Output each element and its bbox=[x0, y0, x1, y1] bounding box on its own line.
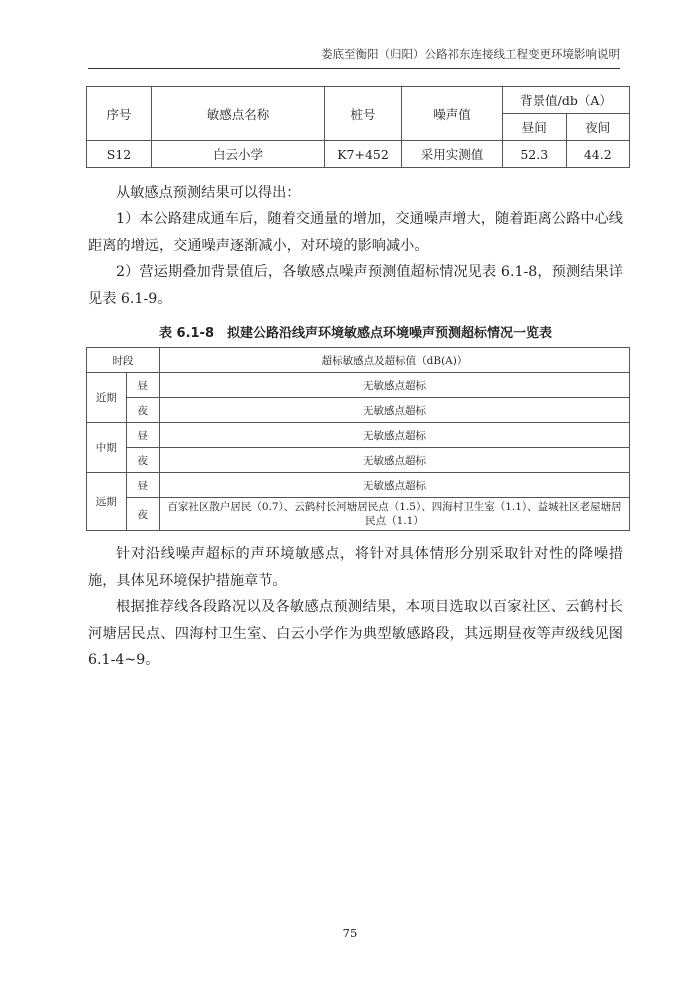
cell-time: 昼 bbox=[126, 423, 159, 448]
col-header-station: 桩号 bbox=[325, 87, 402, 141]
cell-noise: 采用实测值 bbox=[402, 141, 503, 168]
cell-day: 52.3 bbox=[503, 141, 567, 168]
cell-time: 夜 bbox=[126, 498, 159, 531]
period-mid: 中期 bbox=[87, 423, 127, 473]
cell-time: 昼 bbox=[126, 373, 159, 398]
period-near: 近期 bbox=[87, 373, 127, 423]
cell-station: K7+452 bbox=[325, 141, 402, 168]
table-row: S12 白云小学 K7+452 采用实测值 52.3 44.2 bbox=[87, 141, 630, 168]
table-row: 远期 昼 无敏感点超标 bbox=[87, 473, 630, 498]
paragraph-typical-sections: 根据推荐线各段路况以及各敏感点预测结果，本项目选取以百家社区、云鹤村长河塘居民点… bbox=[88, 594, 623, 674]
cell-value: 无敏感点超标 bbox=[160, 448, 630, 473]
cell-value: 无敏感点超标 bbox=[160, 398, 630, 423]
cell-night: 44.2 bbox=[566, 141, 630, 168]
col-header-day: 昼间 bbox=[503, 114, 567, 141]
table-row: 近期 昼 无敏感点超标 bbox=[87, 373, 630, 398]
col-header-exceed: 超标敏感点及超标值（dB(A)） bbox=[160, 348, 630, 373]
cell-time: 昼 bbox=[126, 473, 159, 498]
col-header-no: 序号 bbox=[87, 87, 152, 141]
table-row: 中期 昼 无敏感点超标 bbox=[87, 423, 630, 448]
table-row: 夜 无敏感点超标 bbox=[87, 448, 630, 473]
cell-time: 夜 bbox=[126, 398, 159, 423]
table-caption: 表 6.1-8 拟建公路沿线声环境敏感点环境噪声预测超标情况一览表 bbox=[88, 322, 623, 341]
table-row: 夜 百家社区散户居民（0.7）、云鹤村长河塘居民点（1.5）、四海村卫生室（1.… bbox=[87, 498, 630, 531]
noise-background-table: 序号 敏感点名称 桩号 噪声值 背景值/db（A） 昼间 夜间 S12 白云小学… bbox=[86, 86, 630, 168]
cell-no: S12 bbox=[87, 141, 152, 168]
noise-exceedance-table: 时段 超标敏感点及超标值（dB(A)） 近期 昼 无敏感点超标 夜 无敏感点超标… bbox=[86, 347, 630, 531]
col-header-period: 时段 bbox=[87, 348, 160, 373]
col-header-noise: 噪声值 bbox=[402, 87, 503, 141]
table-row: 夜 无敏感点超标 bbox=[87, 398, 630, 423]
cell-value: 无敏感点超标 bbox=[160, 423, 630, 448]
cell-name: 白云小学 bbox=[152, 141, 325, 168]
col-header-background: 背景值/db（A） bbox=[503, 87, 630, 114]
running-header: 娄底至衡阳（归阳）公路祁东连接线工程变更环境影响说明 bbox=[88, 46, 620, 69]
cell-value: 无敏感点超标 bbox=[160, 473, 630, 498]
cell-value: 百家社区散户居民（0.7）、云鹤村长河塘居民点（1.5）、四海村卫生室（1.1）… bbox=[160, 498, 630, 531]
paragraph-intro: 从敏感点预测结果可以得出： bbox=[88, 180, 623, 207]
cell-value: 无敏感点超标 bbox=[160, 373, 630, 398]
col-header-name: 敏感点名称 bbox=[152, 87, 325, 141]
cell-time: 夜 bbox=[126, 448, 159, 473]
paragraph-point-1: 1）本公路建成通车后，随着交通量的增加，交通噪声增大，随着距离公路中心线距离的增… bbox=[88, 206, 623, 259]
page-number: 75 bbox=[0, 926, 700, 940]
paragraph-point-2: 2）营运期叠加背景值后，各敏感点噪声预测值超标情况见表 6.1-8，预测结果详见… bbox=[88, 259, 623, 312]
col-header-night: 夜间 bbox=[566, 114, 630, 141]
paragraph-mitigation: 针对沿线噪声超标的声环境敏感点，将针对具体情形分别采取针对性的降噪措施，具体见环… bbox=[88, 541, 623, 594]
period-far: 远期 bbox=[87, 473, 127, 531]
